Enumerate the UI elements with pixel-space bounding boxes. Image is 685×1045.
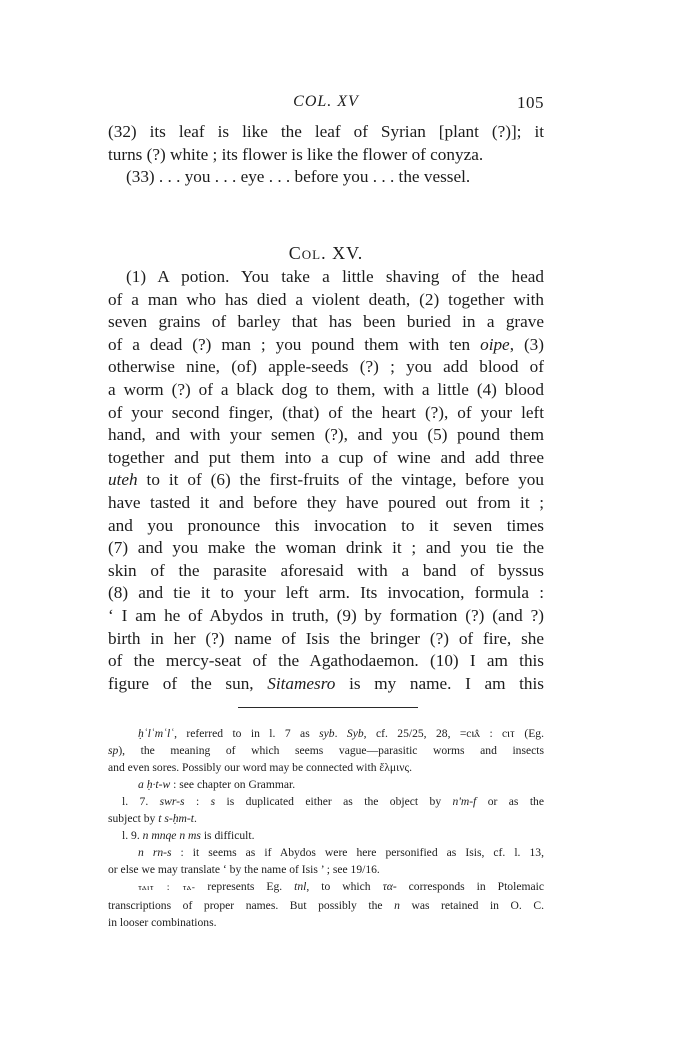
footnotes: ḥʿlʿmʿlʿ, referred to in l. 7 as syb. Sy… bbox=[108, 725, 544, 931]
text-line: ‘ I am he of Abydos in truth, (9) by for… bbox=[108, 605, 544, 628]
text-line: and you pronounce this invocation to it … bbox=[108, 515, 544, 538]
text-line: figure of the sun, Sitamesro is my name.… bbox=[108, 673, 544, 696]
footnote-line: in looser combinations. bbox=[108, 914, 544, 931]
italic-term: Sitamesro bbox=[267, 674, 335, 693]
text-line: (33) . . . you . . . eye . . . before yo… bbox=[108, 166, 544, 189]
footnote: l. 7. swr-s : s is duplicated either as … bbox=[108, 793, 544, 827]
footnote-line: ⲧⲁⲓⲧ : ⲧⲁ- represents Eg. tnl, to which … bbox=[108, 878, 544, 897]
page-number: 105 bbox=[517, 93, 544, 113]
footnote-line: l. 7. swr-s : s is duplicated either as … bbox=[108, 793, 544, 810]
footnote-line: n rn-s : it seems as if Abydos were here… bbox=[108, 844, 544, 861]
text-line: hand, and with your semen (?), and you (… bbox=[108, 424, 544, 447]
running-head: COL. XV 105 bbox=[108, 93, 544, 115]
text-line: otherwise nine, (of) apple-seeds (?) ; y… bbox=[108, 356, 544, 379]
italic-term: uteh bbox=[108, 470, 138, 489]
running-title: COL. XV bbox=[108, 93, 544, 111]
italic-term: oipe bbox=[480, 335, 510, 354]
text-line: uteh to it of (6) the first-fruits of th… bbox=[108, 469, 544, 492]
footnote-line: l. 9. n mnqe n ms is difficult. bbox=[108, 827, 544, 844]
footnote: ⲧⲁⲓⲧ : ⲧⲁ- represents Eg. tnl, to which … bbox=[108, 878, 544, 931]
text-line: of the mercy-seat of the Agathodaemon. (… bbox=[108, 650, 544, 673]
text-line: have tasted it and before they have pour… bbox=[108, 492, 544, 515]
text-line: (8) and tie it to your left arm. Its inv… bbox=[108, 582, 544, 605]
text-line: turns (?) white ; its flower is like the… bbox=[108, 144, 544, 167]
footnote: l. 9. n mnqe n ms is difficult. bbox=[108, 827, 544, 844]
text-line: (7) and you make the woman drink it ; an… bbox=[108, 537, 544, 560]
footnote-line: ḥʿlʿmʿlʿ, referred to in l. 7 as syb. Sy… bbox=[108, 725, 544, 742]
main-paragraph: (1) A potion. You take a little shaving … bbox=[108, 266, 544, 695]
footnote-line: transcriptions of proper names. But poss… bbox=[108, 897, 544, 914]
footnote-line: subject by t s-ḥm-t. bbox=[108, 810, 544, 827]
footnote-rule bbox=[238, 707, 418, 708]
continuation-paragraph: (32) its leaf is like the leaf of Syrian… bbox=[108, 121, 544, 189]
footnote: a ḥ·t-w : see chapter on Grammar. bbox=[108, 776, 544, 793]
text-line: a worm (?) of a black dog to them, with … bbox=[108, 379, 544, 402]
footnote: n rn-s : it seems as if Abydos were here… bbox=[108, 844, 544, 878]
text-line: of a man who has died a violent death, (… bbox=[108, 289, 544, 312]
text-line: together and put them into a cup of wine… bbox=[108, 447, 544, 470]
footnote-line: a ḥ·t-w : see chapter on Grammar. bbox=[108, 776, 544, 793]
footnote-line: sp), the meaning of which seems vague—pa… bbox=[108, 742, 544, 759]
text-line: skin of the parasite aforesaid with a ba… bbox=[108, 560, 544, 583]
footnote-line: and even sores. Possibly our word may be… bbox=[108, 759, 544, 776]
text-line: (1) A potion. You take a little shaving … bbox=[108, 266, 544, 289]
footnote-line: or else we may translate ‘ by the name o… bbox=[108, 861, 544, 878]
footnote: ḥʿlʿmʿlʿ, referred to in l. 7 as syb. Sy… bbox=[108, 725, 544, 776]
text-line: birth in her (?) name of Isis the bringe… bbox=[108, 628, 544, 651]
section-heading: Col. XV. bbox=[108, 243, 544, 264]
text-line: of your second finger, (that) of the hea… bbox=[108, 402, 544, 425]
text-line: (32) its leaf is like the leaf of Syrian… bbox=[108, 121, 544, 144]
text-line: seven grains of barley that has been bur… bbox=[108, 311, 544, 334]
text-line: of a dead (?) man ; you pound them with … bbox=[108, 334, 544, 357]
